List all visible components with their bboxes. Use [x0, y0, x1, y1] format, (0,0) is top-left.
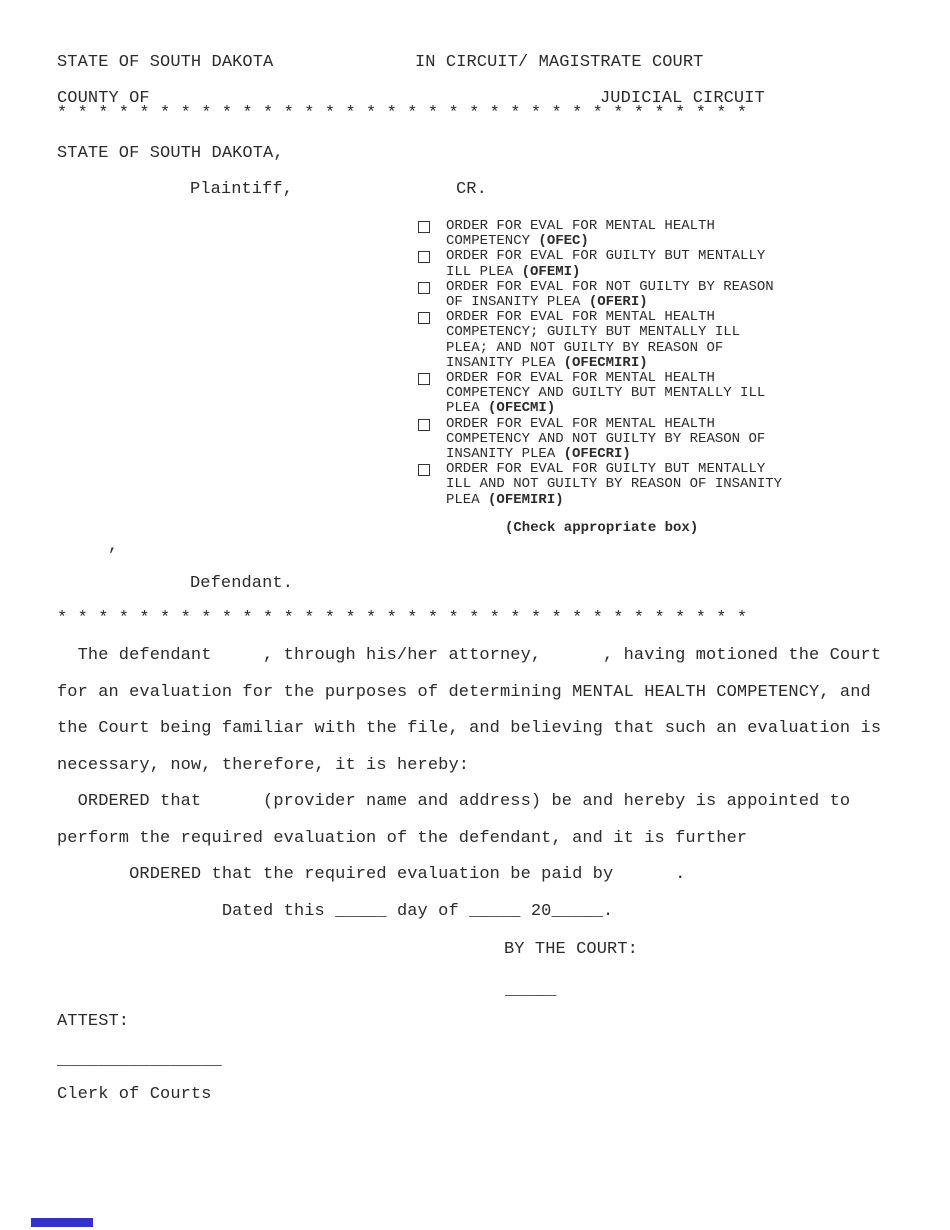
order-body-line: The defendant , through his/her attorney… — [57, 646, 881, 683]
order-option-label: ORDER FOR EVAL FOR GUILTY BUT MENTALLY I… — [446, 462, 782, 508]
order-option-ofecmiri: ORDER FOR EVAL FOR MENTAL HEALTH COMPETE… — [418, 310, 782, 371]
order-type-checklist: ORDER FOR EVAL FOR MENTAL HEALTH COMPETE… — [418, 219, 782, 508]
order-checkbox-ofemiri[interactable] — [418, 464, 430, 476]
order-option-ofemiri: ORDER FOR EVAL FOR GUILTY BUT MENTALLY I… — [418, 462, 782, 508]
order-body-line: the Court being familiar with the file, … — [57, 719, 881, 756]
order-body-line: ORDERED that the required evaluation be … — [57, 865, 881, 902]
order-option-label: ORDER FOR EVAL FOR MENTAL HEALTH COMPETE… — [446, 219, 715, 249]
caption-defendant-comma: , — [108, 537, 118, 556]
caption-plaintiff-label: Plaintiff, — [190, 180, 293, 199]
order-code: (OFEMIRI) — [488, 492, 564, 508]
order-checkbox-ofemi[interactable] — [418, 251, 430, 263]
by-the-court-label: BY THE COURT: — [504, 940, 638, 959]
clerk-signature-line: ________________ — [57, 1051, 222, 1070]
order-code: (OFEMI) — [522, 264, 581, 280]
order-body-line: perform the required evaluation of the d… — [57, 829, 881, 866]
order-body-line: necessary, now, therefore, it is hereby: — [57, 756, 881, 793]
caption-state-plaintiff: STATE OF SOUTH DAKOTA, — [57, 144, 284, 163]
order-code: (OFERI) — [589, 294, 648, 310]
order-checkbox-ofecmiri[interactable] — [418, 312, 430, 324]
court-order-document: STATE OF SOUTH DAKOTA IN CIRCUIT/ MAGIST… — [0, 0, 950, 1230]
order-option-ofemi: ORDER FOR EVAL FOR GUILTY BUT MENTALLY I… — [418, 249, 782, 279]
order-checkbox-oferi[interactable] — [418, 282, 430, 294]
order-code: (OFECMI) — [488, 400, 555, 416]
order-code: (OFEC) — [538, 233, 588, 249]
caption-defendant-label: Defendant. — [190, 574, 293, 593]
order-checkbox-ofecri[interactable] — [418, 419, 430, 431]
order-body-line: for an evaluation for the purposes of de… — [57, 683, 881, 720]
order-body-line: ORDERED that (provider name and address)… — [57, 792, 881, 829]
caption-case-number: CR. — [456, 180, 487, 199]
check-box-instruction: (Check appropriate box) — [505, 521, 698, 536]
header-court-type: IN CIRCUIT/ MAGISTRATE COURT — [415, 53, 703, 72]
footer-blue-mark — [31, 1218, 93, 1227]
asterisk-divider-bottom: * * * * * * * * * * * * * * * * * * * * … — [57, 609, 747, 628]
order-option-ofec: ORDER FOR EVAL FOR MENTAL HEALTH COMPETE… — [418, 219, 782, 249]
order-option-oferi: ORDER FOR EVAL FOR NOT GUILTY BY REASON … — [418, 280, 782, 310]
order-checkbox-ofecmi[interactable] — [418, 373, 430, 385]
header-state: STATE OF SOUTH DAKOTA — [57, 53, 273, 72]
order-option-label: ORDER FOR EVAL FOR GUILTY BUT MENTALLY I… — [446, 249, 765, 279]
clerk-of-courts-label: Clerk of Courts — [57, 1085, 212, 1104]
order-option-label: ORDER FOR EVAL FOR NOT GUILTY BY REASON … — [446, 280, 774, 310]
order-option-ofecri: ORDER FOR EVAL FOR MENTAL HEALTH COMPETE… — [418, 417, 782, 463]
order-option-label: ORDER FOR EVAL FOR MENTAL HEALTH COMPETE… — [446, 371, 765, 417]
attest-label: ATTEST: — [57, 1012, 129, 1031]
judge-signature-line: _____ — [505, 981, 557, 1000]
dated-this-line: Dated this _____ day of _____ 20_____. — [57, 902, 881, 939]
order-option-label: ORDER FOR EVAL FOR MENTAL HEALTH COMPETE… — [446, 310, 740, 371]
order-checkbox-ofec[interactable] — [418, 221, 430, 233]
asterisk-divider-top: * * * * * * * * * * * * * * * * * * * * … — [57, 104, 747, 123]
order-code: (OFECMIRI) — [564, 355, 648, 371]
order-code: (OFECRI) — [564, 446, 631, 462]
order-option-ofecmi: ORDER FOR EVAL FOR MENTAL HEALTH COMPETE… — [418, 371, 782, 417]
order-option-label: ORDER FOR EVAL FOR MENTAL HEALTH COMPETE… — [446, 417, 765, 463]
order-body: The defendant , through his/her attorney… — [57, 646, 881, 938]
